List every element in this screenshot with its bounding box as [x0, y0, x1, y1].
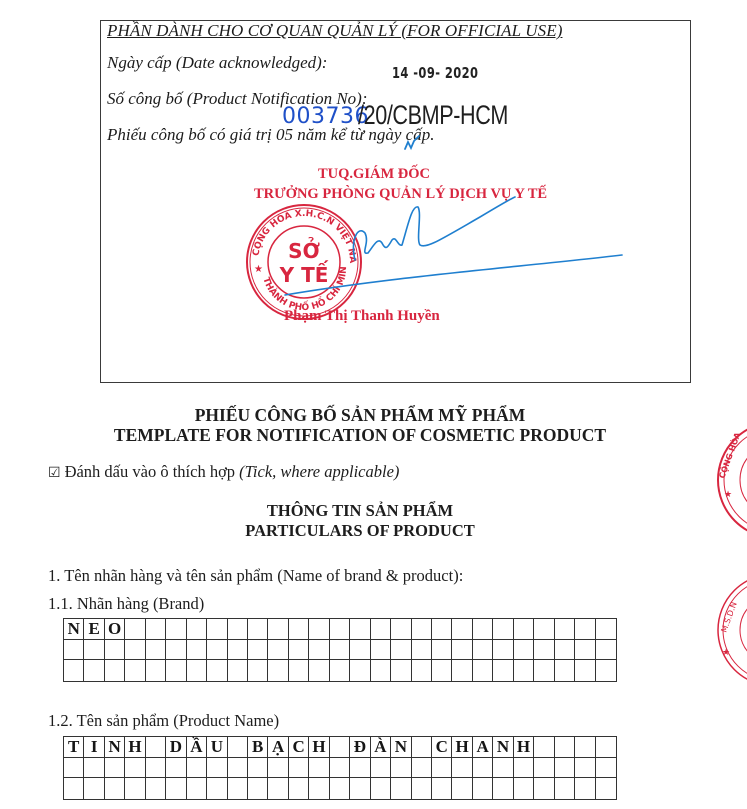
- grid-cell[interactable]: N: [391, 737, 411, 758]
- grid-cell[interactable]: [268, 758, 288, 779]
- checkbox-ticked-icon: ☑: [48, 465, 61, 481]
- grid-cell[interactable]: [289, 758, 309, 779]
- edge-seal-lower-icon: ★ M.S.D.N: [712, 565, 747, 695]
- grid-cell[interactable]: [228, 660, 248, 681]
- grid-cell[interactable]: [330, 758, 350, 779]
- grid-cell[interactable]: [125, 660, 145, 681]
- grid-cell[interactable]: [125, 778, 145, 799]
- grid-cell[interactable]: [228, 758, 248, 779]
- grid-cell[interactable]: [514, 758, 534, 779]
- grid-cell[interactable]: [350, 758, 370, 779]
- grid-cell[interactable]: [330, 660, 350, 681]
- grid-cell[interactable]: [371, 660, 391, 681]
- grid-cell[interactable]: [125, 640, 145, 661]
- tick-instruction-vi: Đánh dấu vào ô thích hợp: [65, 462, 235, 481]
- grid-cell[interactable]: [309, 640, 329, 661]
- grid-cell[interactable]: N: [105, 737, 125, 758]
- grid-cell[interactable]: [105, 640, 125, 661]
- grid-cell[interactable]: [187, 640, 207, 661]
- grid-cell[interactable]: [412, 778, 432, 799]
- grid-cell[interactable]: [207, 778, 227, 799]
- date-acknowledged-label: Ngày cấp (Date acknowledged):: [107, 53, 327, 73]
- grid-cell[interactable]: [330, 640, 350, 661]
- grid-cell[interactable]: [412, 619, 432, 640]
- grid-cell[interactable]: [330, 737, 350, 758]
- grid-cell[interactable]: [166, 778, 186, 799]
- edge-seal-upper-text: CỘNG HÒA: [716, 430, 743, 480]
- grid-cell[interactable]: [268, 778, 288, 799]
- grid-cell[interactable]: [289, 778, 309, 799]
- grid-cell[interactable]: [575, 640, 595, 661]
- grid-cell[interactable]: I: [84, 737, 104, 758]
- grid-cell[interactable]: [432, 758, 452, 779]
- grid-cell[interactable]: [391, 619, 411, 640]
- grid-cell[interactable]: [391, 660, 411, 681]
- grid-cell[interactable]: [391, 778, 411, 799]
- grid-cell[interactable]: [493, 619, 513, 640]
- grid-cell[interactable]: C: [289, 737, 309, 758]
- grid-cell[interactable]: [309, 619, 329, 640]
- initials-mark-icon: [402, 134, 422, 154]
- grid-cell[interactable]: H: [309, 737, 329, 758]
- grid-cell[interactable]: [555, 778, 575, 799]
- grid-cell[interactable]: [452, 619, 472, 640]
- grid-cell[interactable]: [493, 660, 513, 681]
- tick-instruction-en: (Tick, where applicable): [239, 462, 399, 481]
- grid-cell[interactable]: [534, 640, 554, 661]
- grid-cell[interactable]: [514, 619, 534, 640]
- grid-cell[interactable]: [596, 758, 616, 779]
- grid-cell[interactable]: [84, 778, 104, 799]
- grid-cell[interactable]: [289, 619, 309, 640]
- grid-cell[interactable]: [84, 640, 104, 661]
- grid-cell[interactable]: [187, 758, 207, 779]
- grid-cell[interactable]: [575, 758, 595, 779]
- grid-cell[interactable]: [64, 758, 84, 779]
- grid-cell[interactable]: [514, 660, 534, 681]
- grid-cell[interactable]: [575, 737, 595, 758]
- grid-cell[interactable]: [228, 619, 248, 640]
- document-title-en: TEMPLATE FOR NOTIFICATION OF COSMETIC PR…: [20, 425, 700, 446]
- grid-cell[interactable]: O: [105, 619, 125, 640]
- grid-cell[interactable]: [146, 778, 166, 799]
- grid-cell[interactable]: [452, 660, 472, 681]
- grid-cell[interactable]: C: [432, 737, 452, 758]
- grid-cell[interactable]: [207, 640, 227, 661]
- grid-cell[interactable]: B: [248, 737, 268, 758]
- grid-cell[interactable]: [228, 640, 248, 661]
- grid-cell[interactable]: [187, 778, 207, 799]
- grid-cell[interactable]: [248, 660, 268, 681]
- grid-cell[interactable]: [514, 778, 534, 799]
- grid-cell[interactable]: [309, 660, 329, 681]
- grid-cell[interactable]: D: [166, 737, 186, 758]
- signatory-name: Phạm Thị Thanh Huyền: [284, 308, 440, 325]
- grid-cell[interactable]: [575, 778, 595, 799]
- grid-cell[interactable]: H: [514, 737, 534, 758]
- grid-cell[interactable]: [248, 778, 268, 799]
- grid-cell[interactable]: [452, 778, 472, 799]
- grid-cell[interactable]: [534, 758, 554, 779]
- section-title-en: PARTICULARS OF PRODUCT: [20, 521, 700, 541]
- grid-cell[interactable]: [596, 660, 616, 681]
- grid-cell[interactable]: [64, 640, 84, 661]
- grid-cell[interactable]: [187, 660, 207, 681]
- svg-text:★: ★: [722, 647, 730, 657]
- grid-cell[interactable]: [596, 737, 616, 758]
- grid-cell[interactable]: [228, 778, 248, 799]
- grid-cell[interactable]: [125, 758, 145, 779]
- grid-cell[interactable]: [371, 640, 391, 661]
- grid-cell[interactable]: [452, 640, 472, 661]
- grid-cell[interactable]: [473, 619, 493, 640]
- grid-cell[interactable]: Đ: [350, 737, 370, 758]
- grid-cell[interactable]: [268, 640, 288, 661]
- edge-seal-upper-icon: ★ CỘNG HÒA: [712, 415, 747, 545]
- grid-cell[interactable]: H: [125, 737, 145, 758]
- grid-cell[interactable]: [555, 737, 575, 758]
- grid-cell[interactable]: Ầ: [187, 737, 207, 758]
- grid-cell[interactable]: [166, 758, 186, 779]
- grid-cell[interactable]: [473, 778, 493, 799]
- tick-instruction: ☑Đánh dấu vào ô thích hợp (Tick, where a…: [48, 462, 399, 482]
- grid-cell[interactable]: U: [207, 737, 227, 758]
- grid-cell[interactable]: [432, 619, 452, 640]
- signature-icon: [240, 185, 640, 305]
- grid-cell[interactable]: T: [64, 737, 84, 758]
- grid-cell[interactable]: [248, 758, 268, 779]
- grid-cell[interactable]: [330, 619, 350, 640]
- date-acknowledged-value: 14 -09- 2020: [392, 64, 478, 82]
- grid-cell[interactable]: [146, 737, 166, 758]
- grid-cell[interactable]: [575, 660, 595, 681]
- grid-cell[interactable]: [146, 619, 166, 640]
- svg-text:★: ★: [724, 489, 732, 499]
- grid-cell[interactable]: [84, 660, 104, 681]
- grid-cell[interactable]: [371, 619, 391, 640]
- grid-cell[interactable]: A: [473, 737, 493, 758]
- grid-cell[interactable]: [146, 640, 166, 661]
- official-use-title: PHẦN DÀNH CHO CƠ QUAN QUẢN LÝ (FOR OFFIC…: [107, 21, 562, 41]
- grid-cell[interactable]: [166, 619, 186, 640]
- grid-cell[interactable]: [64, 660, 84, 681]
- grid-cell[interactable]: [207, 758, 227, 779]
- grid-cell[interactable]: [289, 640, 309, 661]
- grid-cell[interactable]: [534, 619, 554, 640]
- grid-cell[interactable]: [125, 619, 145, 640]
- grid-cell[interactable]: [350, 660, 370, 681]
- section-title-vi: THÔNG TIN SẢN PHẨM: [20, 501, 700, 521]
- grid-cell[interactable]: [391, 640, 411, 661]
- grid-cell[interactable]: [105, 660, 125, 681]
- grid-cell[interactable]: [391, 758, 411, 779]
- grid-cell[interactable]: [493, 758, 513, 779]
- grid-cell[interactable]: [432, 660, 452, 681]
- grid-cell[interactable]: [534, 778, 554, 799]
- question-1-label: 1. Tên nhãn hàng và tên sản phẩm (Name o…: [48, 566, 463, 586]
- grid-cell[interactable]: H: [452, 737, 472, 758]
- grid-cell[interactable]: [412, 737, 432, 758]
- grid-cell[interactable]: [371, 758, 391, 779]
- grid-cell[interactable]: [207, 619, 227, 640]
- grid-cell[interactable]: [534, 737, 554, 758]
- grid-cell[interactable]: [64, 778, 84, 799]
- grid-cell[interactable]: [309, 758, 329, 779]
- grid-cell[interactable]: Ạ: [268, 737, 288, 758]
- grid-cell[interactable]: [187, 619, 207, 640]
- grid-cell[interactable]: [555, 619, 575, 640]
- grid-cell[interactable]: [166, 660, 186, 681]
- grid-cell[interactable]: [473, 640, 493, 661]
- grid-cell[interactable]: [534, 660, 554, 681]
- grid-cell[interactable]: [105, 758, 125, 779]
- document-title-vi: PHIẾU CÔNG BỐ SẢN PHẨM MỸ PHẨM: [20, 405, 700, 426]
- grid-cell[interactable]: [473, 660, 493, 681]
- grid-cell[interactable]: [493, 640, 513, 661]
- grid-cell[interactable]: [207, 660, 227, 681]
- grid-cell[interactable]: [412, 660, 432, 681]
- grid-cell[interactable]: [432, 778, 452, 799]
- grid-cell[interactable]: [350, 778, 370, 799]
- product-name-label: 1.2. Tên sản phẩm (Product Name): [48, 711, 279, 731]
- grid-cell[interactable]: [514, 640, 534, 661]
- signatory-title: TUQ.GIÁM ĐỐC: [318, 166, 430, 183]
- grid-cell[interactable]: [432, 640, 452, 661]
- grid-cell[interactable]: [166, 640, 186, 661]
- grid-cell[interactable]: [596, 619, 616, 640]
- grid-cell[interactable]: [84, 758, 104, 779]
- grid-cell[interactable]: [289, 660, 309, 681]
- grid-cell[interactable]: [309, 778, 329, 799]
- grid-cell[interactable]: [555, 660, 575, 681]
- grid-cell[interactable]: [555, 640, 575, 661]
- grid-cell[interactable]: À: [371, 737, 391, 758]
- grid-cell[interactable]: [248, 640, 268, 661]
- brand-label: 1.1. Nhãn hàng (Brand): [48, 594, 204, 614]
- grid-cell[interactable]: [412, 640, 432, 661]
- grid-cell[interactable]: [228, 737, 248, 758]
- edge-seal-lower-text: M.S.D.N: [719, 601, 738, 634]
- grid-cell[interactable]: [330, 778, 350, 799]
- grid-cell[interactable]: [596, 778, 616, 799]
- grid-cell[interactable]: [371, 778, 391, 799]
- grid-cell[interactable]: [268, 619, 288, 640]
- grid-cell[interactable]: [575, 619, 595, 640]
- grid-cell[interactable]: [105, 778, 125, 799]
- grid-cell[interactable]: [350, 619, 370, 640]
- grid-cell[interactable]: [596, 640, 616, 661]
- grid-cell[interactable]: [493, 778, 513, 799]
- grid-cell[interactable]: N: [64, 619, 84, 640]
- brand-input-grid[interactable]: NEO: [63, 618, 617, 682]
- grid-cell[interactable]: [350, 640, 370, 661]
- product-name-input-grid[interactable]: TINHDẦUBẠCHĐÀNCHANH: [63, 736, 617, 800]
- grid-cell[interactable]: E: [84, 619, 104, 640]
- grid-cell[interactable]: [146, 660, 166, 681]
- grid-cell[interactable]: N: [493, 737, 513, 758]
- validity-note: Phiếu công bố có giá trị 05 năm kể từ ng…: [107, 125, 434, 145]
- grid-cell[interactable]: [268, 660, 288, 681]
- grid-cell[interactable]: [412, 758, 432, 779]
- grid-cell[interactable]: [146, 758, 166, 779]
- grid-cell[interactable]: [452, 758, 472, 779]
- grid-cell[interactable]: [248, 619, 268, 640]
- grid-cell[interactable]: [473, 758, 493, 779]
- grid-cell[interactable]: [555, 758, 575, 779]
